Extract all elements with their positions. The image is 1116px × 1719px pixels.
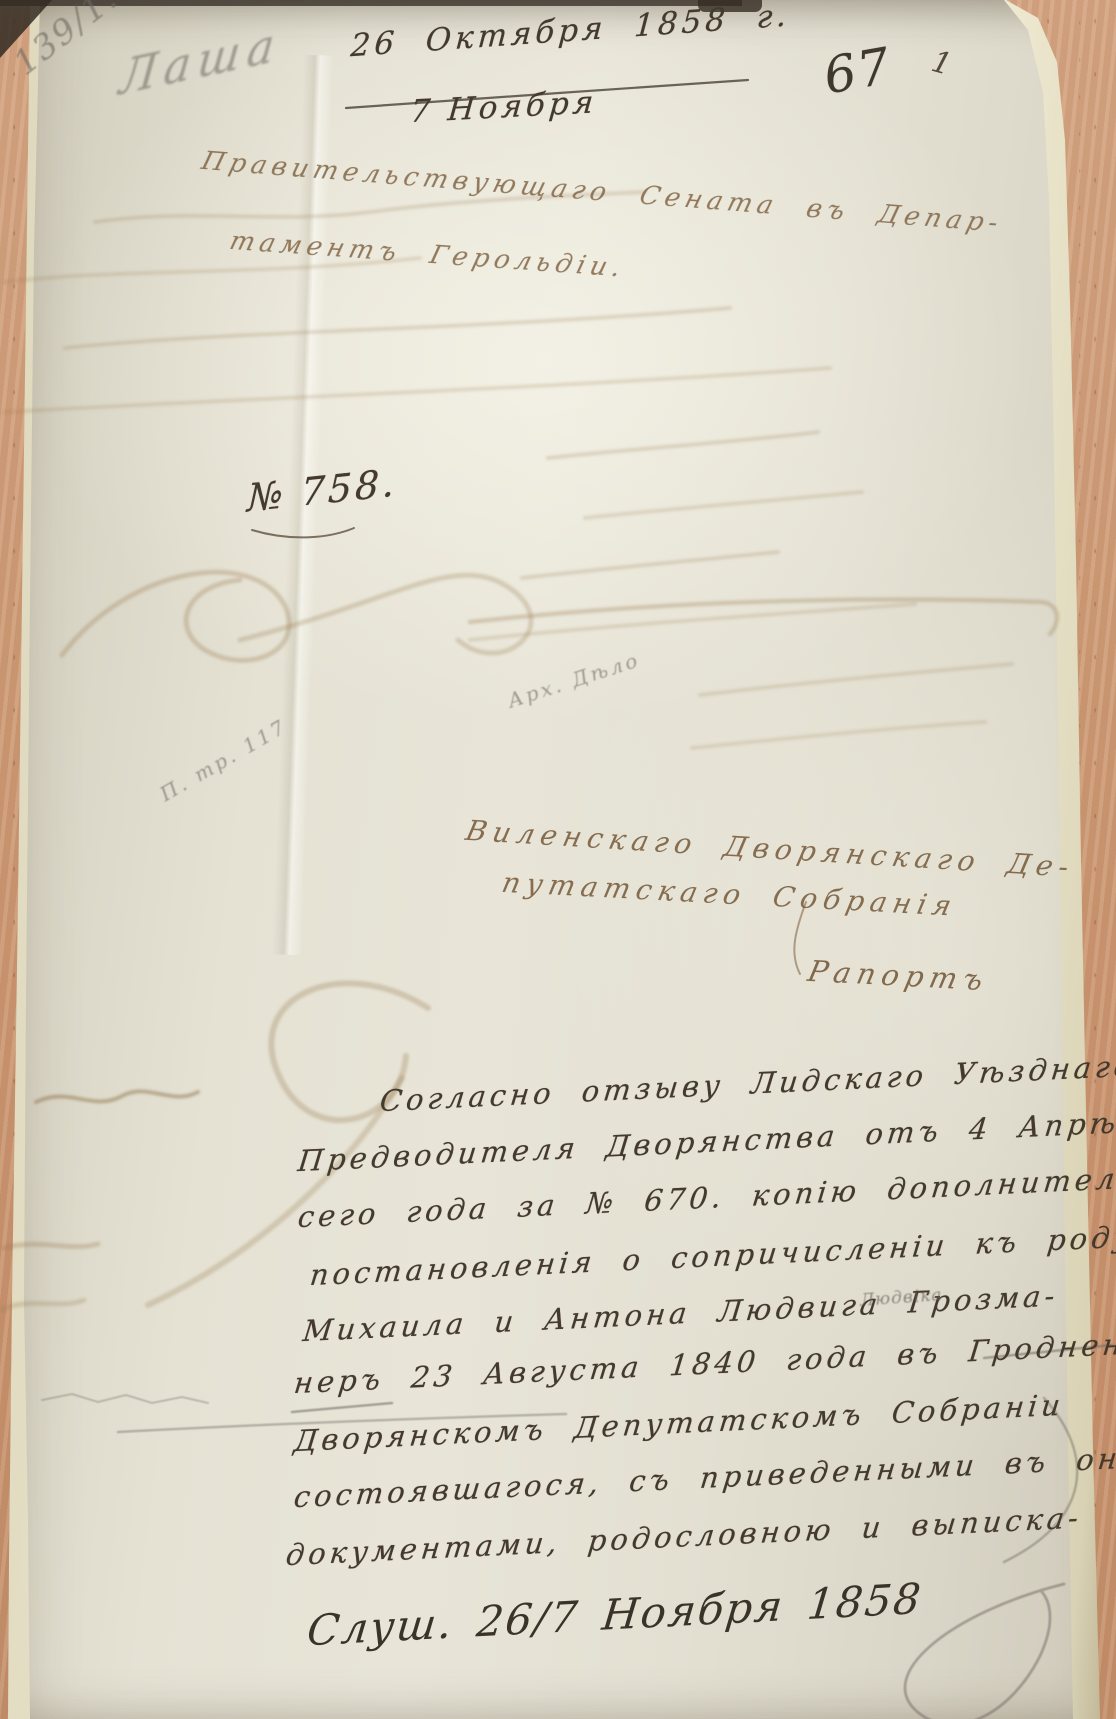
top-edge-shadow [0, 0, 742, 6]
photo-scene: 139/1. Лаша 26 Октября 1858 г. 7 Ноября … [0, 0, 1116, 1719]
document-page [0, 0, 1116, 1719]
top-edge-notch [698, 0, 762, 12]
